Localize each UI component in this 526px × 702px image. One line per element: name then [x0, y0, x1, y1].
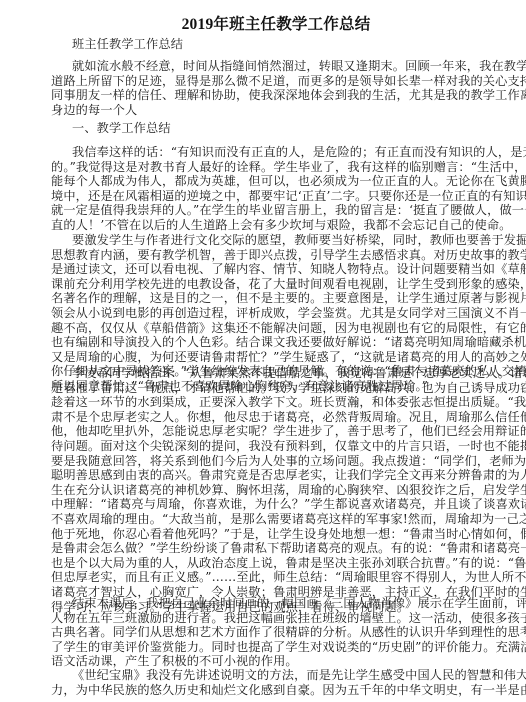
- text-line: 领会从小说到电影的再创造过程，评析成败，学会鉴赏。尤其是女同学对三国演义不肖一顾…: [51, 306, 503, 321]
- text-line: 力，为中华民族的悠久历史和灿烂文化感到自豪。因为五千年的中华文明史，有一半是由谥…: [51, 683, 503, 698]
- text-line: 李凌希同学概括出：“从鲁肃果然不提借船之事，我觉得鲁肃是个忠厚老实之人。诸葛亮就: [51, 366, 503, 381]
- paragraph-li-lingxi: 李凌希同学概括出：“从鲁肃果然不提借船之事，我觉得鲁肃是个忠厚老实之人。诸葛亮就…: [51, 366, 503, 614]
- text-line: 直的人！’不管在以后的人生道路上会有多少坎坷与艰险，我都不会忘记自己的使命。: [51, 218, 503, 233]
- text-line: 语文活动课，产生了积极的不可小视的作用。: [51, 654, 503, 669]
- text-line: 能每个人都成为伟人，都成为英雄，但可以，也必须成为一位正直的人。无论你在飞黄腾达…: [51, 174, 503, 189]
- text-line: 肃不是个忠厚老实之人。你想，他尽忠于诸葛亮，必然背叛周瑜。况且，周瑜那么信任他，…: [51, 410, 503, 425]
- paragraph-century-ding: 《世纪宝鼎》我没有先讲述说明文的方法，而是先让学生感受中国人民的智慧和伟大的创造…: [51, 668, 503, 697]
- text-line: 要是我随意回答，将关系到他们今后为人处事的立场问题。我点拨道：“同学们，老师为你…: [51, 454, 503, 469]
- text-line: 人物在五年三班激励的进行者。我把这幅画张挂在班级的墙壁上。这一活动，使很多孩子爱…: [51, 611, 503, 626]
- document-subtitle: 班主任教学工作总结: [51, 37, 503, 52]
- text-line: 同事朋友一样的信任、理解和协助，使我深深地体会到我的生活，尤其是我的教学工作离不…: [51, 88, 503, 103]
- document-page: 2019年班主任教学工作总结 班主任教学工作总结 就如流水般不经意，时间从指缝间…: [0, 0, 526, 702]
- text-line: 的。”我觉得这是对教书育人最好的诠释。学生毕业了，我有这样的临别赠言：“生活中，…: [51, 160, 503, 175]
- paragraph-belief: 我信奉这样的话：“有知识而没有正直的人，是危险的；有正直而没有知识的人，是无用 …: [51, 145, 503, 233]
- text-line: 趁着这一环节的水到渠成，正要深入教学下文。班长贾瀚，和体委张志恒提出质疑。“我觉…: [51, 395, 503, 410]
- text-line: 身边的每一个人: [51, 103, 503, 118]
- paragraph-painting: 结束本课后，我把自己业余时间画的一幅国画《三国人物肖像》展示在学生面前，评说三国…: [51, 596, 503, 669]
- text-line: 他于死地，你忍心看着他死吗？”于是，让学生设身处地想一想：“鲁肃当时心情如何，假…: [51, 527, 503, 542]
- text-line: 趣不高，仅仅从《草船借箭》这集还不能解决问题，因为电视剧也有它的局限性，有它的倾…: [51, 321, 503, 336]
- text-line: 生在充分认识诸葛亮的神机妙算、胸怀坦荡，周瑜的心胸狭窄、凶狠狡诈之后，启发学生在…: [51, 483, 503, 498]
- text-line: 名著名作的理解，这是目的之一，但不是主要的。主要意图是，让学生通过原著与影视片的…: [51, 291, 503, 306]
- text-line: 不喜欢周瑜的理由。“大敌当前，是那么需要诸葛亮这样的军事家!然而，周瑜却为一己之…: [51, 512, 503, 527]
- text-line: 课前充分利用学校先进的电教设备，花了大量时间观看电视剧，让学生受到形象的感染，加…: [51, 277, 503, 292]
- text-line: 也是个以大局为重的人，从政治态度上说，鲁肃是坚决主张孙刘联合抗曹。”有的说：“鲁…: [51, 556, 503, 571]
- text-line: 是鲁肃会怎么做？”学生纷纷谈了鲁肃私下帮助诸葛亮的观点。有的说：“鲁肃和诸葛亮一…: [51, 541, 503, 556]
- text-line: 是通过读文，还可以看电视、了解内容、情节、知晓人物特点。设计问题要精当如《草船借…: [51, 262, 503, 277]
- section-heading: 一、教学工作总结: [51, 121, 503, 136]
- subtitle-text: 班主任教学工作总结: [51, 37, 503, 52]
- text-line: 也有编剧和导演投入的个人色彩。结合课文我还要做好解说：“诸葛亮明知周瑜暗藏杀机，…: [51, 335, 503, 350]
- text-line: 思想教育内涵，要有教学机智，善于即兴点拨，引导学生去感悟求真。对历史故事的教学，…: [51, 248, 503, 263]
- section-heading-text: 一、教学工作总结: [51, 121, 503, 136]
- text-line: 就如流水般不经意，时间从指缝间悄然溜过，转眼又逢期末。回顾一年来，我在教学工作的: [51, 59, 503, 74]
- paragraph-intro: 就如流水般不经意，时间从指缝间悄然溜过，转眼又逢期末。回顾一年来，我在教学工作的…: [51, 59, 503, 117]
- text-line: 又是周瑜的心腹，为何还要请鲁肃帮忙？”学生疑惑了，“这就是诸葛亮的用人的高妙之处…: [51, 350, 503, 365]
- text-line: 结束本课后，我把自己业余时间画的一幅国画《三国人物肖像》展示在学生面前，评说三国: [51, 596, 503, 611]
- text-line: 他，他却吃里扒外，怎能说忠厚老实呢？学生进步了，善于思考了，他们已经会用辩证的观…: [51, 424, 503, 439]
- text-line: 就一定是值得我崇拜的人。”在学生的毕业留言册上，我的留言是：‘挺直了腰做人，做一…: [51, 203, 503, 218]
- text-line: 中理解：“诸葛亮与周瑜，你喜欢谁，为什么？”学生都说喜欢诸葛亮，并且谈了谈喜欢诸…: [51, 497, 503, 512]
- text-line: 境中，还是在风霜相逼的逆境之中，都要牢记‘正直’二字。只要你还是一位正直的有知识…: [51, 189, 503, 204]
- text-line: 待问题。面对这个尖锐深刻的提问，我没有预料到，仅靠文中的片言只语，一时也不能揭示…: [51, 439, 503, 454]
- text-line: 是看准了鲁肃这一优点，才请他帮忙的。”我为学生深刻的见解高兴、也为自己诱导成功窃…: [51, 381, 503, 396]
- document-title: 2019年班主任教学工作总结: [0, 12, 526, 34]
- text-line: 古典名著。同学们从思想和艺术方面作了很精辟的分析。从感性的认识升华到理性的思考，…: [51, 625, 503, 640]
- text-line: 但忠厚老实，而且有正义感。”……至此，师生总结：“周瑜眼里容不得别人，为世人所不…: [51, 570, 503, 585]
- text-line: 要激发学生与作者进行文化交际的愿望，教师要当好桥梁，同时，教师也要善于发掘教材的: [51, 233, 503, 248]
- text-line: 道路上所留下的足迹，显得是那么微不足道，而更多的是领导如长辈一样对我的关心支持和…: [51, 74, 503, 89]
- text-line: 了学生的审美评价鉴赏能力。同时也提高了学生对戏说类的“历史剧”的评价能力。充满活…: [51, 640, 503, 655]
- text-line: 我信奉这样的话：“有知识而没有正直的人，是危险的；有正直而没有知识的人，是无用: [51, 145, 503, 160]
- text-line: 《世纪宝鼎》我没有先讲述说明文的方法，而是先让学生感受中国人民的智慧和伟大的创造: [51, 668, 503, 683]
- text-line: 聪明善思感到由衷的高兴。鲁肃究竟是否忠厚老实，让我们学完全文再来分辨鲁肃的为人。…: [51, 468, 503, 483]
